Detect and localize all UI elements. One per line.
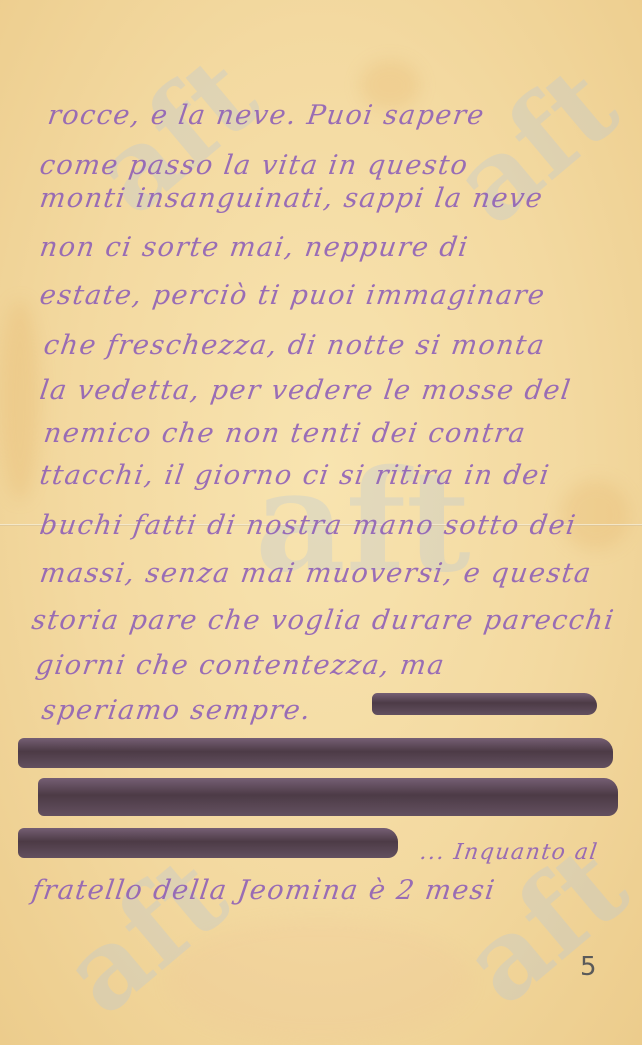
text-line: ttacchi, il giorno ci si ritira in dei	[38, 460, 552, 491]
text-line: estate, perciò ti puoi immaginare	[38, 280, 548, 311]
letter-page: aft aft aft aft aft rocce, e la neve. Pu…	[0, 0, 642, 1045]
text-line: nemico che non tenti dei contra	[42, 418, 528, 449]
text-line: massi, senza mai muoversi, e questa	[38, 558, 594, 589]
paper-stain	[170, 920, 470, 1040]
text-line: monti insanguinati, sappi la neve	[38, 183, 546, 214]
text-line: fratello della Jeomina è 2 mesi	[30, 875, 498, 906]
text-line: storia pare che voglia durare parecchi	[30, 605, 617, 636]
text-line: giorni che contentezza, ma	[34, 650, 447, 681]
text-line: rocce, e la neve. Puoi sapere	[46, 100, 487, 131]
redaction-stroke	[18, 738, 613, 768]
watermark: aft	[428, 41, 641, 249]
redaction-stroke	[38, 778, 618, 816]
text-line: come passo la vita in questo	[38, 150, 471, 181]
text-line: non ci sorte mai, neppure di	[38, 232, 471, 263]
redaction-stroke	[18, 828, 398, 858]
redaction-stroke	[372, 693, 597, 715]
page-number: 5	[580, 952, 597, 982]
text-line: speriamo sempre.	[40, 695, 314, 726]
text-line: ... Inquanto al	[418, 840, 600, 865]
text-line: che freschezza, di notte si monta	[42, 330, 548, 361]
paper-stain	[0, 300, 40, 500]
text-line: buchi fatti di nostra mano sotto dei	[38, 510, 579, 541]
text-line: la vedetta, per vedere le mosse del	[38, 375, 574, 406]
